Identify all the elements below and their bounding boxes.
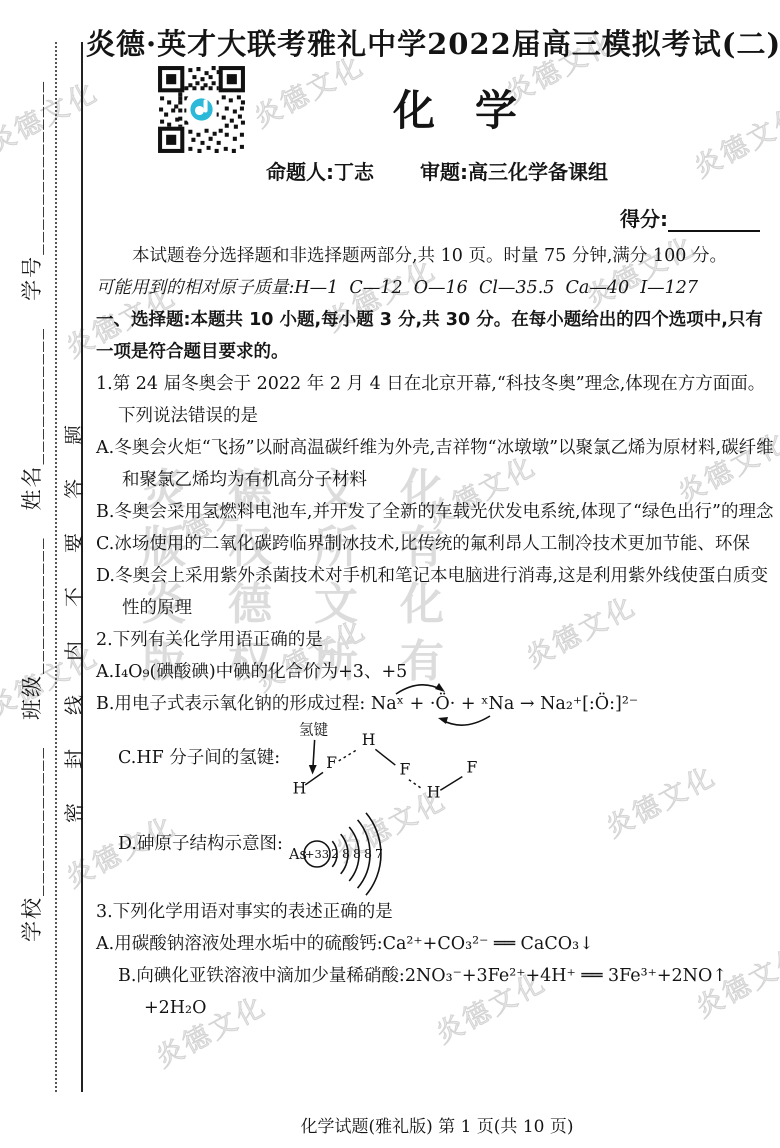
shell-count: 8 [342,846,350,861]
atom-f: F [467,757,478,776]
exam-body: 本试题卷分选择题和非选择题两部分,共 10 页。时量 75 分钟,满分 100 … [96,240,778,1024]
section-1-header: 一、选择题:本题共 10 小题,每小题 3 分,共 30 分。在每小题给出的四个… [96,304,778,368]
seal-line-text: 密封线内不要答题 [58,42,87,1092]
subject-title: 化学 [130,78,780,138]
shell-electron-counts: 2 8 8 8 7 [331,846,383,861]
exam-title: 炎德·英才大联考雅礼中学2022届高三模拟考试(二) [86,22,778,63]
proposer: 命题人:丁志 [266,156,374,185]
electron-formula-text: Naˣ + ·Ö· + ˣNa → Na₂⁺[:Ö:]²⁻ [371,694,638,714]
option-b-label: B.用电子式表示氧化钠的形成过程: [96,694,365,714]
question-1-stem: 1.第 24 届冬奥会于 2022 年 2 月 4 日在北京开幕,“科技冬奥”理… [96,368,778,432]
nucleus-charge: +33 [305,847,329,861]
option-b-line-2: +2H₂O [118,992,778,1024]
question-1-option-a: A.冬奥会火炬“飞扬”以耐高温碳纤维为外壳,吉祥物“冰墩墩”以聚氯乙烯为原材料,… [96,432,778,496]
question-3-option-b: B.向碘化亚铁溶液中滴加少量稀硝酸:2NO₃⁻+3Fe²⁺+4H⁺ ══ 3Fe… [118,960,778,1024]
atom-h: H [293,778,307,797]
hydrogen-bond-pointer-arrow [313,740,315,766]
exam-summary: 本试题卷分选择题和非选择题两部分,共 10 页。时量 75 分钟,满分 100 … [96,240,778,272]
atom-h: H [362,730,376,749]
arsenic-atomic-structure-diagram: As +33 2 8 8 8 7 [287,812,389,896]
electron-formula: Naˣ + ·Ö· + ˣNa → Na₂⁺[:Ö:]²⁻ [371,694,638,714]
electron-transfer-arrow-bottom [435,714,493,730]
seal-dotted-line [55,42,57,1092]
reviewer: 审题:高三化学备课组 [420,156,608,185]
atom-h: H [427,783,441,802]
question-3-stem: 3.下列化学用语对事实的表述正确的是 [96,896,778,928]
shell-count: 2 [331,846,339,861]
question-2-option-c: C.HF 分子间的氢键: 氢键 H F H F H F [118,720,778,808]
question-2-option-b: B.用电子式表示氧化钠的形成过程: Naˣ + ·Ö· + ˣNa → Na₂⁺… [96,688,778,720]
electron-transfer-arrow-top [393,680,447,696]
exam-page: 炎德文化 炎德文化 炎德文化 炎德文化 炎德文化 炎德文化 炎德文化 炎德文化 … [0,0,780,1148]
score-blank-line [668,206,760,232]
score-row: 得分: [620,203,760,232]
question-1-option-d: D.冬奥会上采用紫外杀菌技术对手机和笔记本电脑进行消毒,这是利用紫外线使蛋白质变… [96,560,778,624]
shell-count: 7 [375,846,383,861]
question-3-option-a: A.用碳酸钠溶液处理水垢中的硫酸钙:Ca²⁺+CO₃²⁻ ══ CaCO₃↓ [96,928,778,960]
shell-count: 8 [353,846,361,861]
option-d-label: D.砷原子结构示意图: [118,828,283,860]
hydrogen-bond-diagram: 氢键 H F H F H F [284,720,494,808]
score-label: 得分: [620,203,668,232]
option-b-line-1: B.向碘化亚铁溶液中滴加少量稀硝酸:2NO₃⁻+3Fe²⁺+4H⁺ ══ 3Fe… [118,960,778,992]
page-footer: 化学试题(雅礼版) 第 1 页(共 10 页) [96,1112,778,1137]
atom-f: F [400,759,411,778]
student-info-fields: 学校____________ 班级___________ 姓名_________… [16,42,46,1092]
question-2-stem: 2.下列有关化学用语正确的是 [96,624,778,656]
atom-f: F [326,753,337,772]
question-1-option-c: C.冰场使用的二氧化碳跨临界制冰技术,比传统的氟利昂人工制冷技术更加节能、环保 [96,528,778,560]
question-2-option-d: D.砷原子结构示意图: As +33 2 8 8 8 7 [118,808,778,896]
hydrogen-bond-pointer-head [309,765,317,774]
shell-count: 8 [364,846,372,861]
hydrogen-bond-label: 氢键 [299,722,329,739]
setters-row: 命题人:丁志 审题:高三化学备课组 [96,156,778,185]
option-c-label: C.HF 分子间的氢键: [118,742,280,774]
question-1-option-b: B.冬奥会采用氢燃料电池车,并开发了全新的车载光伏发电系统,体现了“绿色出行”的… [96,496,778,528]
atomic-masses-line: 可能用到的相对原子质量:H—1 C—12 O—16 Cl—35.5 Ca—40 … [96,272,778,304]
